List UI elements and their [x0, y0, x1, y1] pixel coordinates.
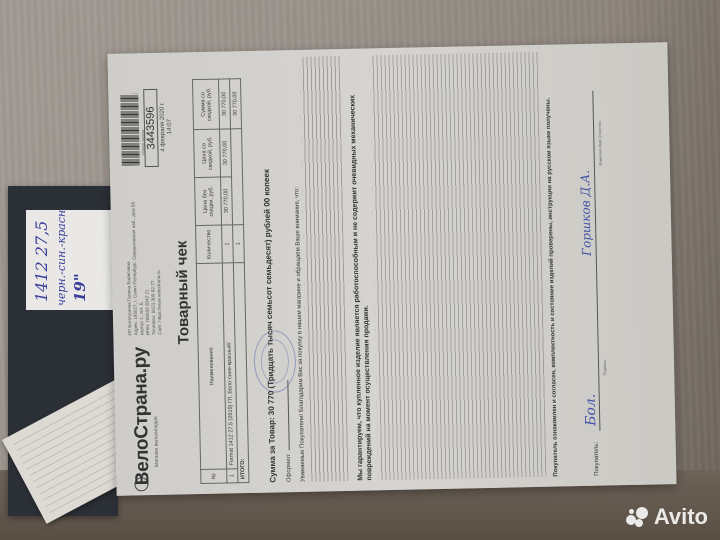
- customer-notice: Уважаемые Покупатели! Благодарим Вас за …: [292, 56, 349, 482]
- avito-logo-icon: [626, 507, 650, 527]
- brand-tagline: Магазин велосипедов: [153, 416, 160, 467]
- acknowledgement: Покупатель ознакомлен и согласен, компле…: [543, 52, 560, 477]
- receipt-header: ВелоСтрана.ру Магазин велосипедов ИП Бог…: [118, 60, 177, 486]
- receipt-time: 14:07: [166, 89, 174, 165]
- fine-print: [300, 56, 349, 482]
- recipient-label: Покупатель:: [594, 442, 601, 476]
- seller-info: ИП Богатушина Галина Борисовна Адрес: 19…: [125, 201, 164, 335]
- terms-fine-print: [370, 52, 547, 480]
- signature-caption: Подпись: [602, 360, 607, 376]
- sum-in-words: Сумма за Товар: 30 770 (Тридцать тысяч с…: [262, 169, 278, 483]
- avito-watermark: Avito: [626, 504, 708, 530]
- sticker-size: 19": [71, 210, 89, 302]
- name-caption: Фамилия Имя Отчество: [597, 121, 603, 165]
- items-table: № Наименование Количество Цена без скидк…: [192, 78, 249, 484]
- brand-logo: ВелоСтрана.ру: [130, 347, 155, 486]
- sticker-color: черн.-син.-красн.: [55, 210, 68, 306]
- avito-wordmark: Avito: [654, 504, 708, 530]
- order-number: 3443596: [143, 89, 159, 167]
- handwritten-signature: Бол.: [583, 394, 600, 426]
- sticker-model: 1412 27,5: [32, 210, 51, 302]
- barcode: [120, 93, 140, 165]
- document-title: Товарный чек: [173, 240, 192, 344]
- handwritten-sticker: 1412 27,5 черн.-син.-красн. 19": [26, 210, 120, 310]
- sales-receipt-paper: ВелоСтрана.ру Магазин велосипедов ИП Бог…: [107, 42, 676, 496]
- issued-by: Оформил:: [284, 380, 292, 482]
- handwritten-name: Горшков Д.А.: [578, 170, 594, 256]
